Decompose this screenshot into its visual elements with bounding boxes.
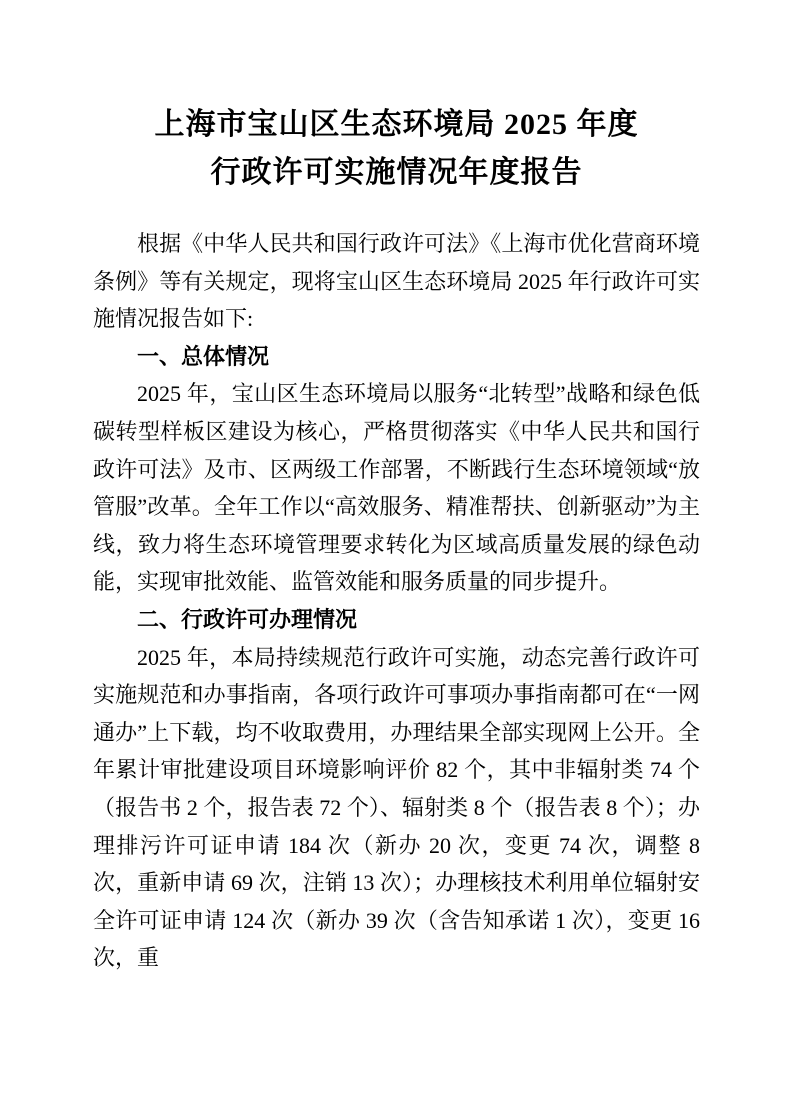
intro-paragraph: 根据《中华人民共和国行政许可法》《上海市优化营商环境条例》等有关规定，现将宝山区… [93, 225, 700, 338]
document-title-line2: 行政许可实施情况年度报告 [93, 149, 700, 197]
document-title: 上海市宝山区生态环境局 2025 年度 行政许可实施情况年度报告 [93, 101, 700, 197]
document-page: 上海市宝山区生态环境局 2025 年度 行政许可实施情况年度报告 根据《中华人民… [0, 0, 794, 1093]
section-1-heading: 一、总体情况 [93, 338, 700, 376]
section-2-paragraph: 2025 年，本局持续规范行政许可实施，动态完善行政许可实施规范和办事指南，各项… [93, 639, 700, 977]
section-2-heading: 二、行政许可办理情况 [93, 601, 700, 639]
section-1-paragraph: 2025 年，宝山区生态环境局以服务“北转型”战略和绿色低碳转型样板区建设为核心… [93, 375, 700, 601]
document-title-line1: 上海市宝山区生态环境局 2025 年度 [93, 101, 700, 149]
